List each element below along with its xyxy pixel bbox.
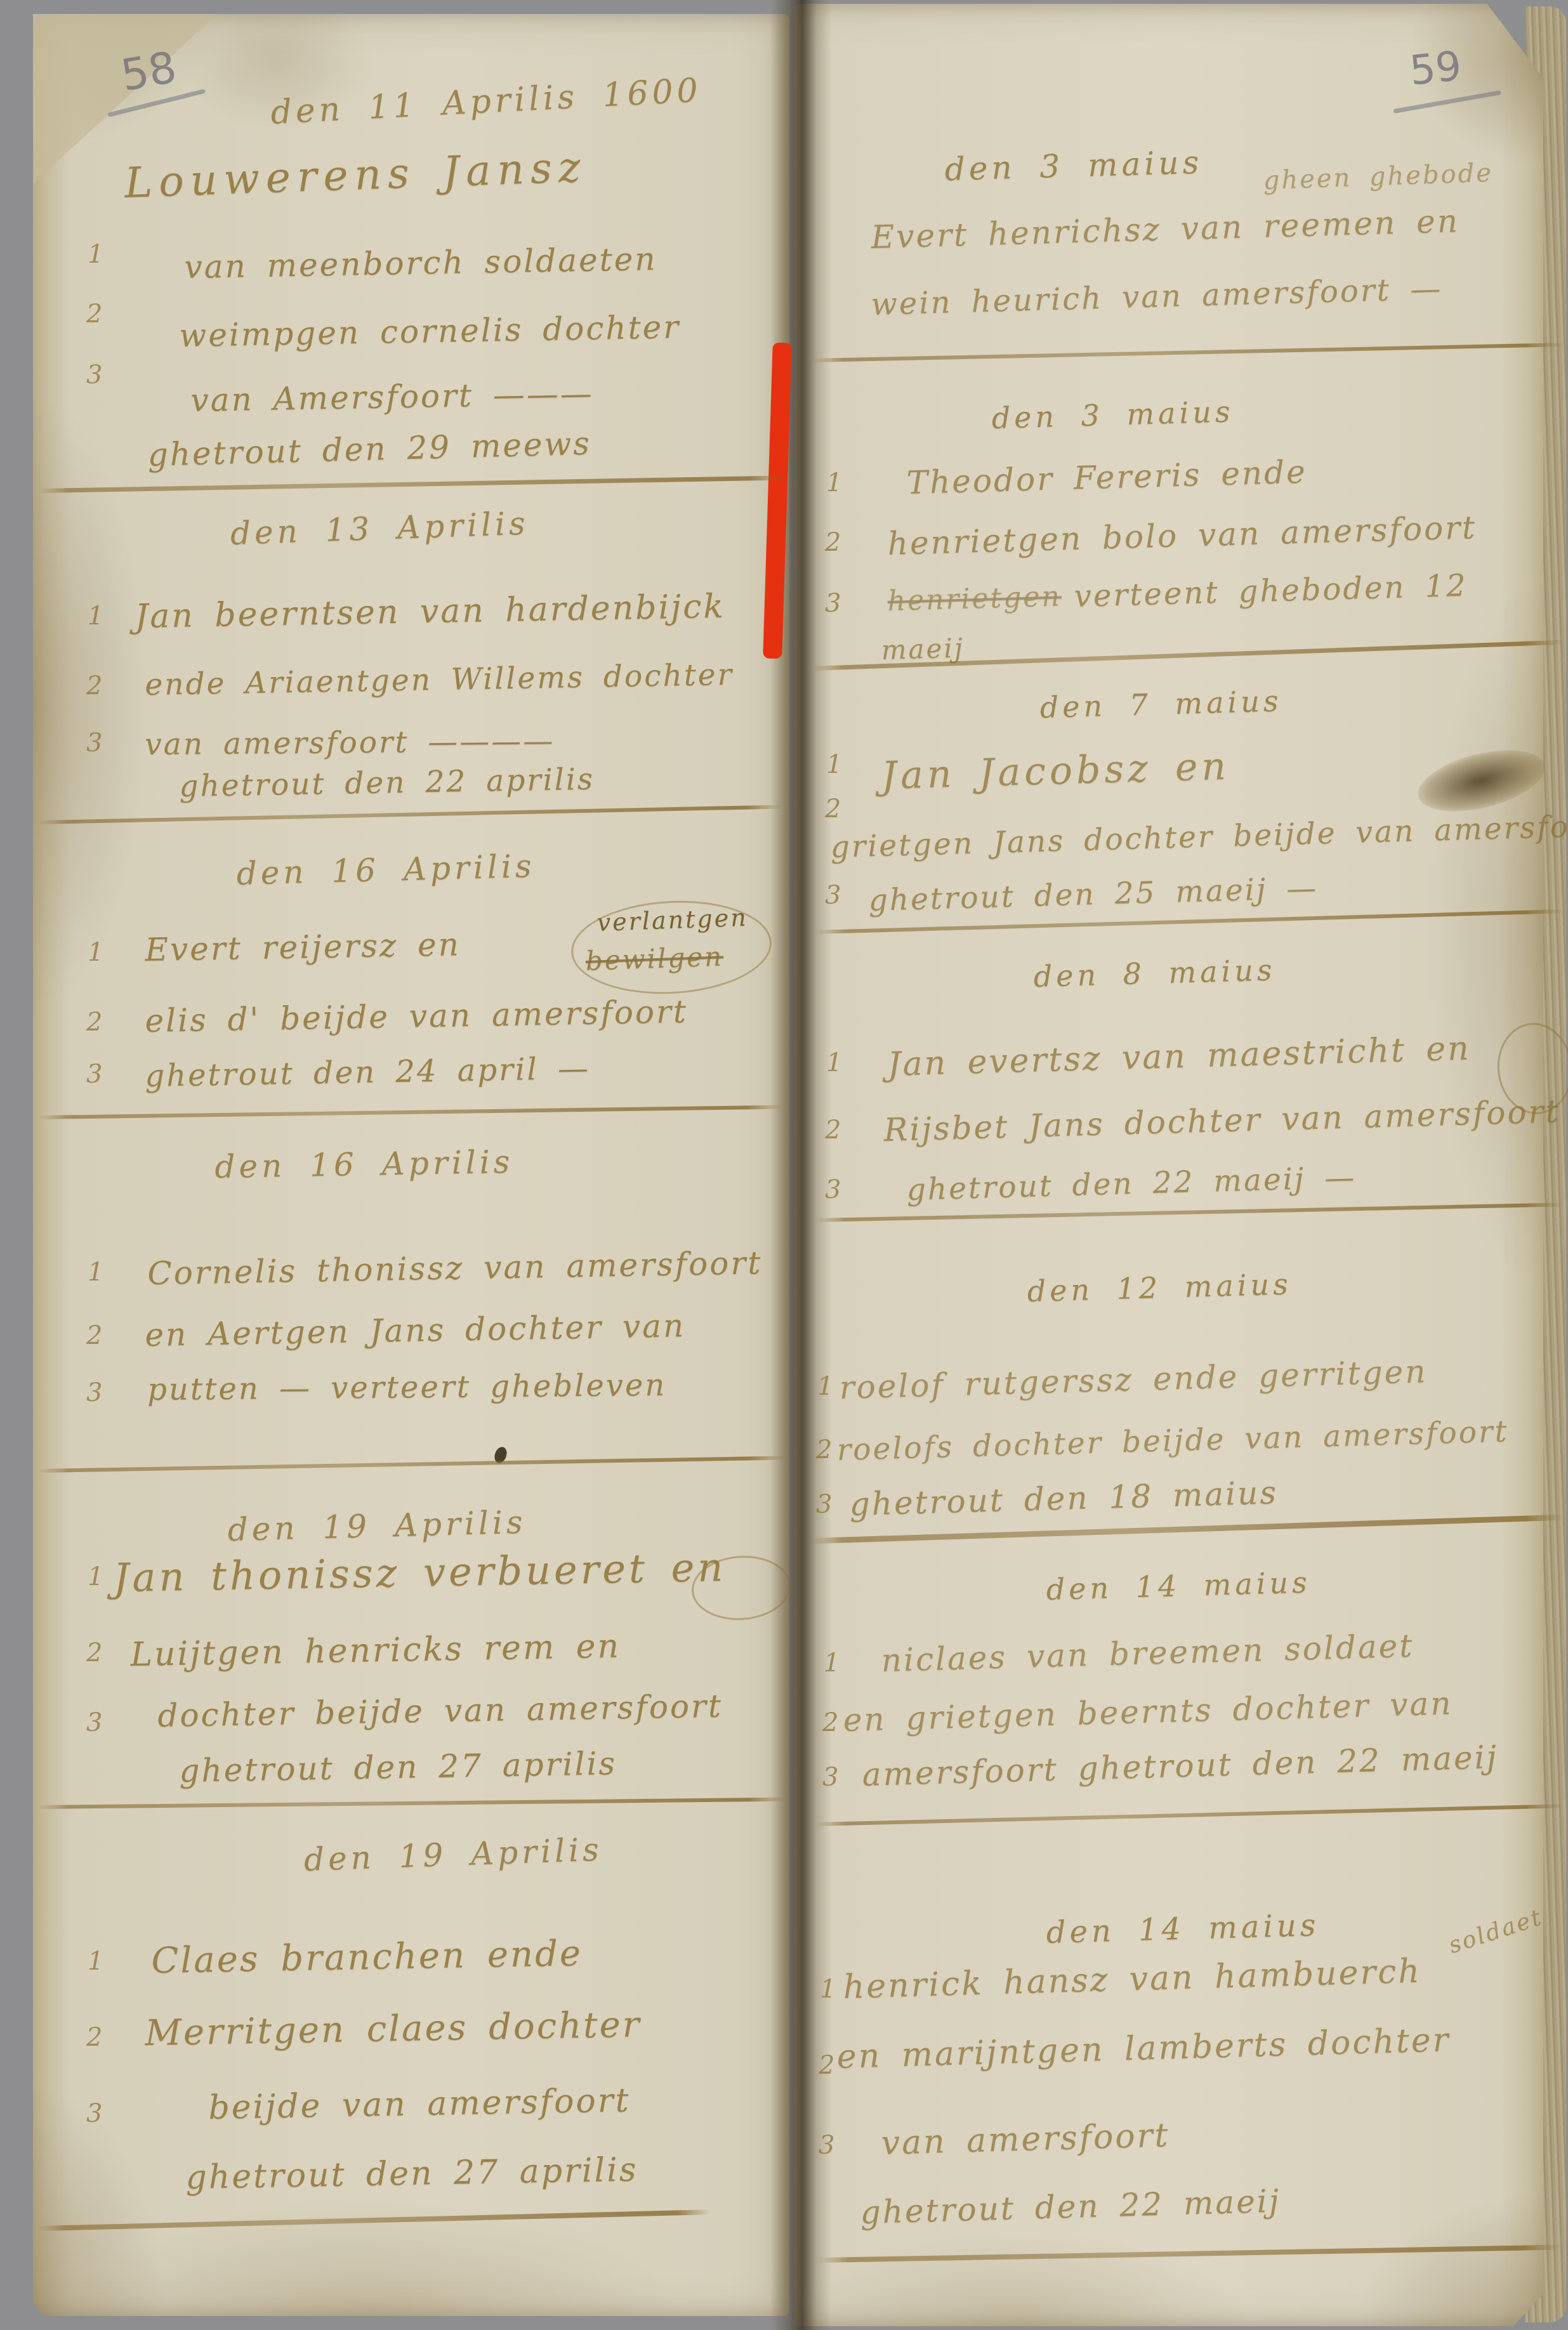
margin-number: 3 [86,1378,102,1407]
margin-number: 2 [86,1638,102,1668]
margin-number: 3 [822,1763,838,1792]
margin-number: 2 [86,671,102,701]
margin-number: 3 [86,1060,102,1089]
entry-line: ghetrout den 27 aprilis [179,1745,617,1789]
entry-date-header: den 19 Aprilis [227,1504,527,1548]
entry-date-header: den 16 Aprilis [214,1143,514,1185]
margin-number: 3 [816,1490,832,1519]
margin-number: 3 [825,1175,841,1204]
entry-line: van amersfoort [881,2116,1170,2162]
margin-number: 1 [88,240,103,269]
margin-number: 1 [824,1649,840,1678]
margin-number: 1 [826,1048,842,1077]
margin-number: 2 [825,794,841,824]
entry-date-header: den 3 maius [991,394,1234,435]
margin-number: 2 [822,1708,838,1737]
margin-number: 2 [86,1008,102,1037]
margin-number: 3 [86,1708,102,1737]
entry-date-header: den 3 maius [944,144,1203,188]
entry-line: van Amersfoort ——— [190,375,594,419]
manuscript-scan: 58 59 den 11 Aprilis 1600 Louwerens Jans… [0,0,1568,2330]
margin-number: 2 [86,2023,102,2052]
entry-line: Evert reijersz en [145,926,461,968]
margin-number: 1 [826,468,842,497]
margin-number: 3 [825,589,841,618]
margin-number: 2 [825,1116,841,1145]
margin-number: 1 [88,1947,103,1976]
margin-number: 3 [825,881,841,910]
entry-date-header: den 8 maius [1033,952,1276,994]
entry-line: ghetrout den 27 aprilis [185,2151,638,2197]
margin-number: 2 [825,528,841,557]
entry-line: Merritgen claes dochter [145,2004,642,2054]
margin-number: 1 [820,1975,836,2004]
margin-number: 3 [86,728,102,758]
entry-line: putten — verteert ghebleven [147,1367,667,1407]
page-number-pencil: 59 [1407,43,1464,95]
entry-date-header: den 7 maius [1039,683,1282,725]
margin-number: 1 [88,1258,103,1287]
margin-number: 2 [819,2051,834,2080]
margin-number: 2 [86,299,102,329]
struck-word: henrietgen [887,580,1062,617]
margin-number: 2 [86,1321,102,1350]
entry-line: beijde van amersfoort [208,2081,631,2127]
margin-number: 3 [819,2131,834,2160]
margin-number: 2 [816,1435,832,1464]
margin-number: 3 [86,2099,102,2128]
margin-number: 1 [88,1562,103,1591]
page-number-pencil: 58 [117,43,180,102]
margin-number: 1 [826,750,842,779]
margin-number: 1 [88,602,103,631]
entry-date-header: den 16 Aprilis [236,848,536,892]
margin-number: 1 [88,938,103,967]
margin-number: 3 [86,360,102,390]
entry-line: van amersfoort ———— [145,723,555,762]
margin-number: 1 [817,1372,833,1401]
entry-line: ghetrout den 22 aprilis [179,762,595,804]
entry-line: Claes branchen ende [151,1933,583,1982]
entry-line: maeij [881,632,965,666]
